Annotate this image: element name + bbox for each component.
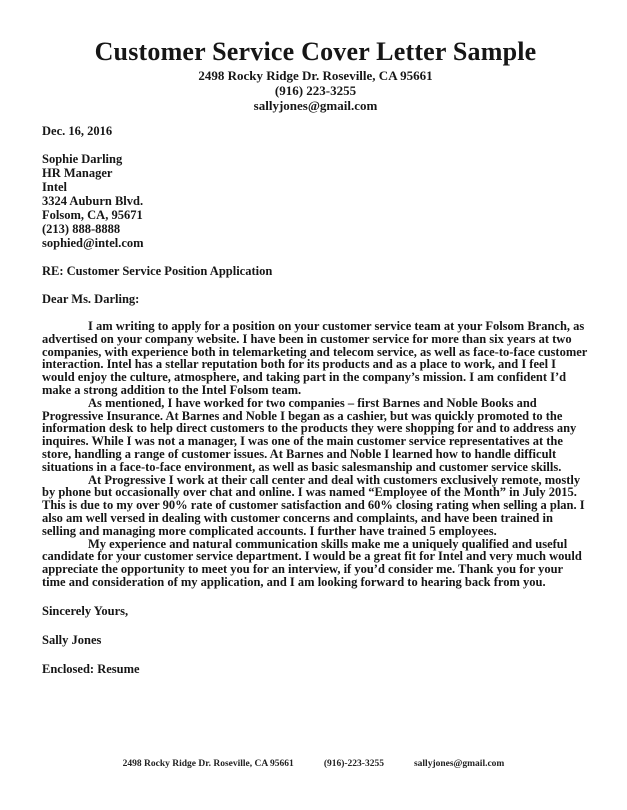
recipient-phone: (213) 888-8888 [42,222,589,236]
sender-address: 2498 Rocky Ridge Dr. Roseville, CA 95661 [42,68,589,83]
letter-body: I am writing to apply for a position on … [42,320,589,589]
recipient-city-state-zip: Folsom, CA, 95671 [42,208,589,222]
body-paragraph-2: As mentioned, I have worked for two comp… [42,397,589,474]
recipient-block: Sophie Darling HR Manager Intel 3324 Aub… [42,152,589,250]
body-paragraph-3: At Progressive I work at their call cent… [42,474,589,538]
sender-phone: (916) 223-3255 [42,83,589,98]
body-paragraph-1: I am writing to apply for a position on … [42,320,589,397]
date-line: Dec. 16, 2016 [42,124,589,138]
footer-email: sallyjones@gmail.com [414,759,504,770]
recipient-street: 3324 Auburn Blvd. [42,194,589,208]
body-paragraph-4: My experience and natural communication … [42,538,589,589]
salutation: Dear Ms. Darling: [42,292,589,306]
cover-letter-page: Customer Service Cover Letter Sample 249… [0,0,627,810]
letter-header: Customer Service Cover Letter Sample 249… [42,38,589,113]
closing: Sincerely Yours, [42,604,589,618]
enclosure-note: Enclosed: Resume [42,662,589,676]
footer-phone: (916)-223-3255 [324,759,384,770]
recipient-email: sophied@intel.com [42,236,589,250]
page-title: Customer Service Cover Letter Sample [42,38,589,65]
page-footer: 2498 Rocky Ridge Dr. Roseville, CA 95661… [0,759,627,770]
recipient-company: Intel [42,180,589,194]
sender-email: sallyjones@gmail.com [42,98,589,113]
recipient-job-title: HR Manager [42,166,589,180]
signature-name: Sally Jones [42,633,589,647]
footer-address: 2498 Rocky Ridge Dr. Roseville, CA 95661 [123,759,294,770]
subject-line: RE: Customer Service Position Applicatio… [42,264,589,278]
recipient-name: Sophie Darling [42,152,589,166]
